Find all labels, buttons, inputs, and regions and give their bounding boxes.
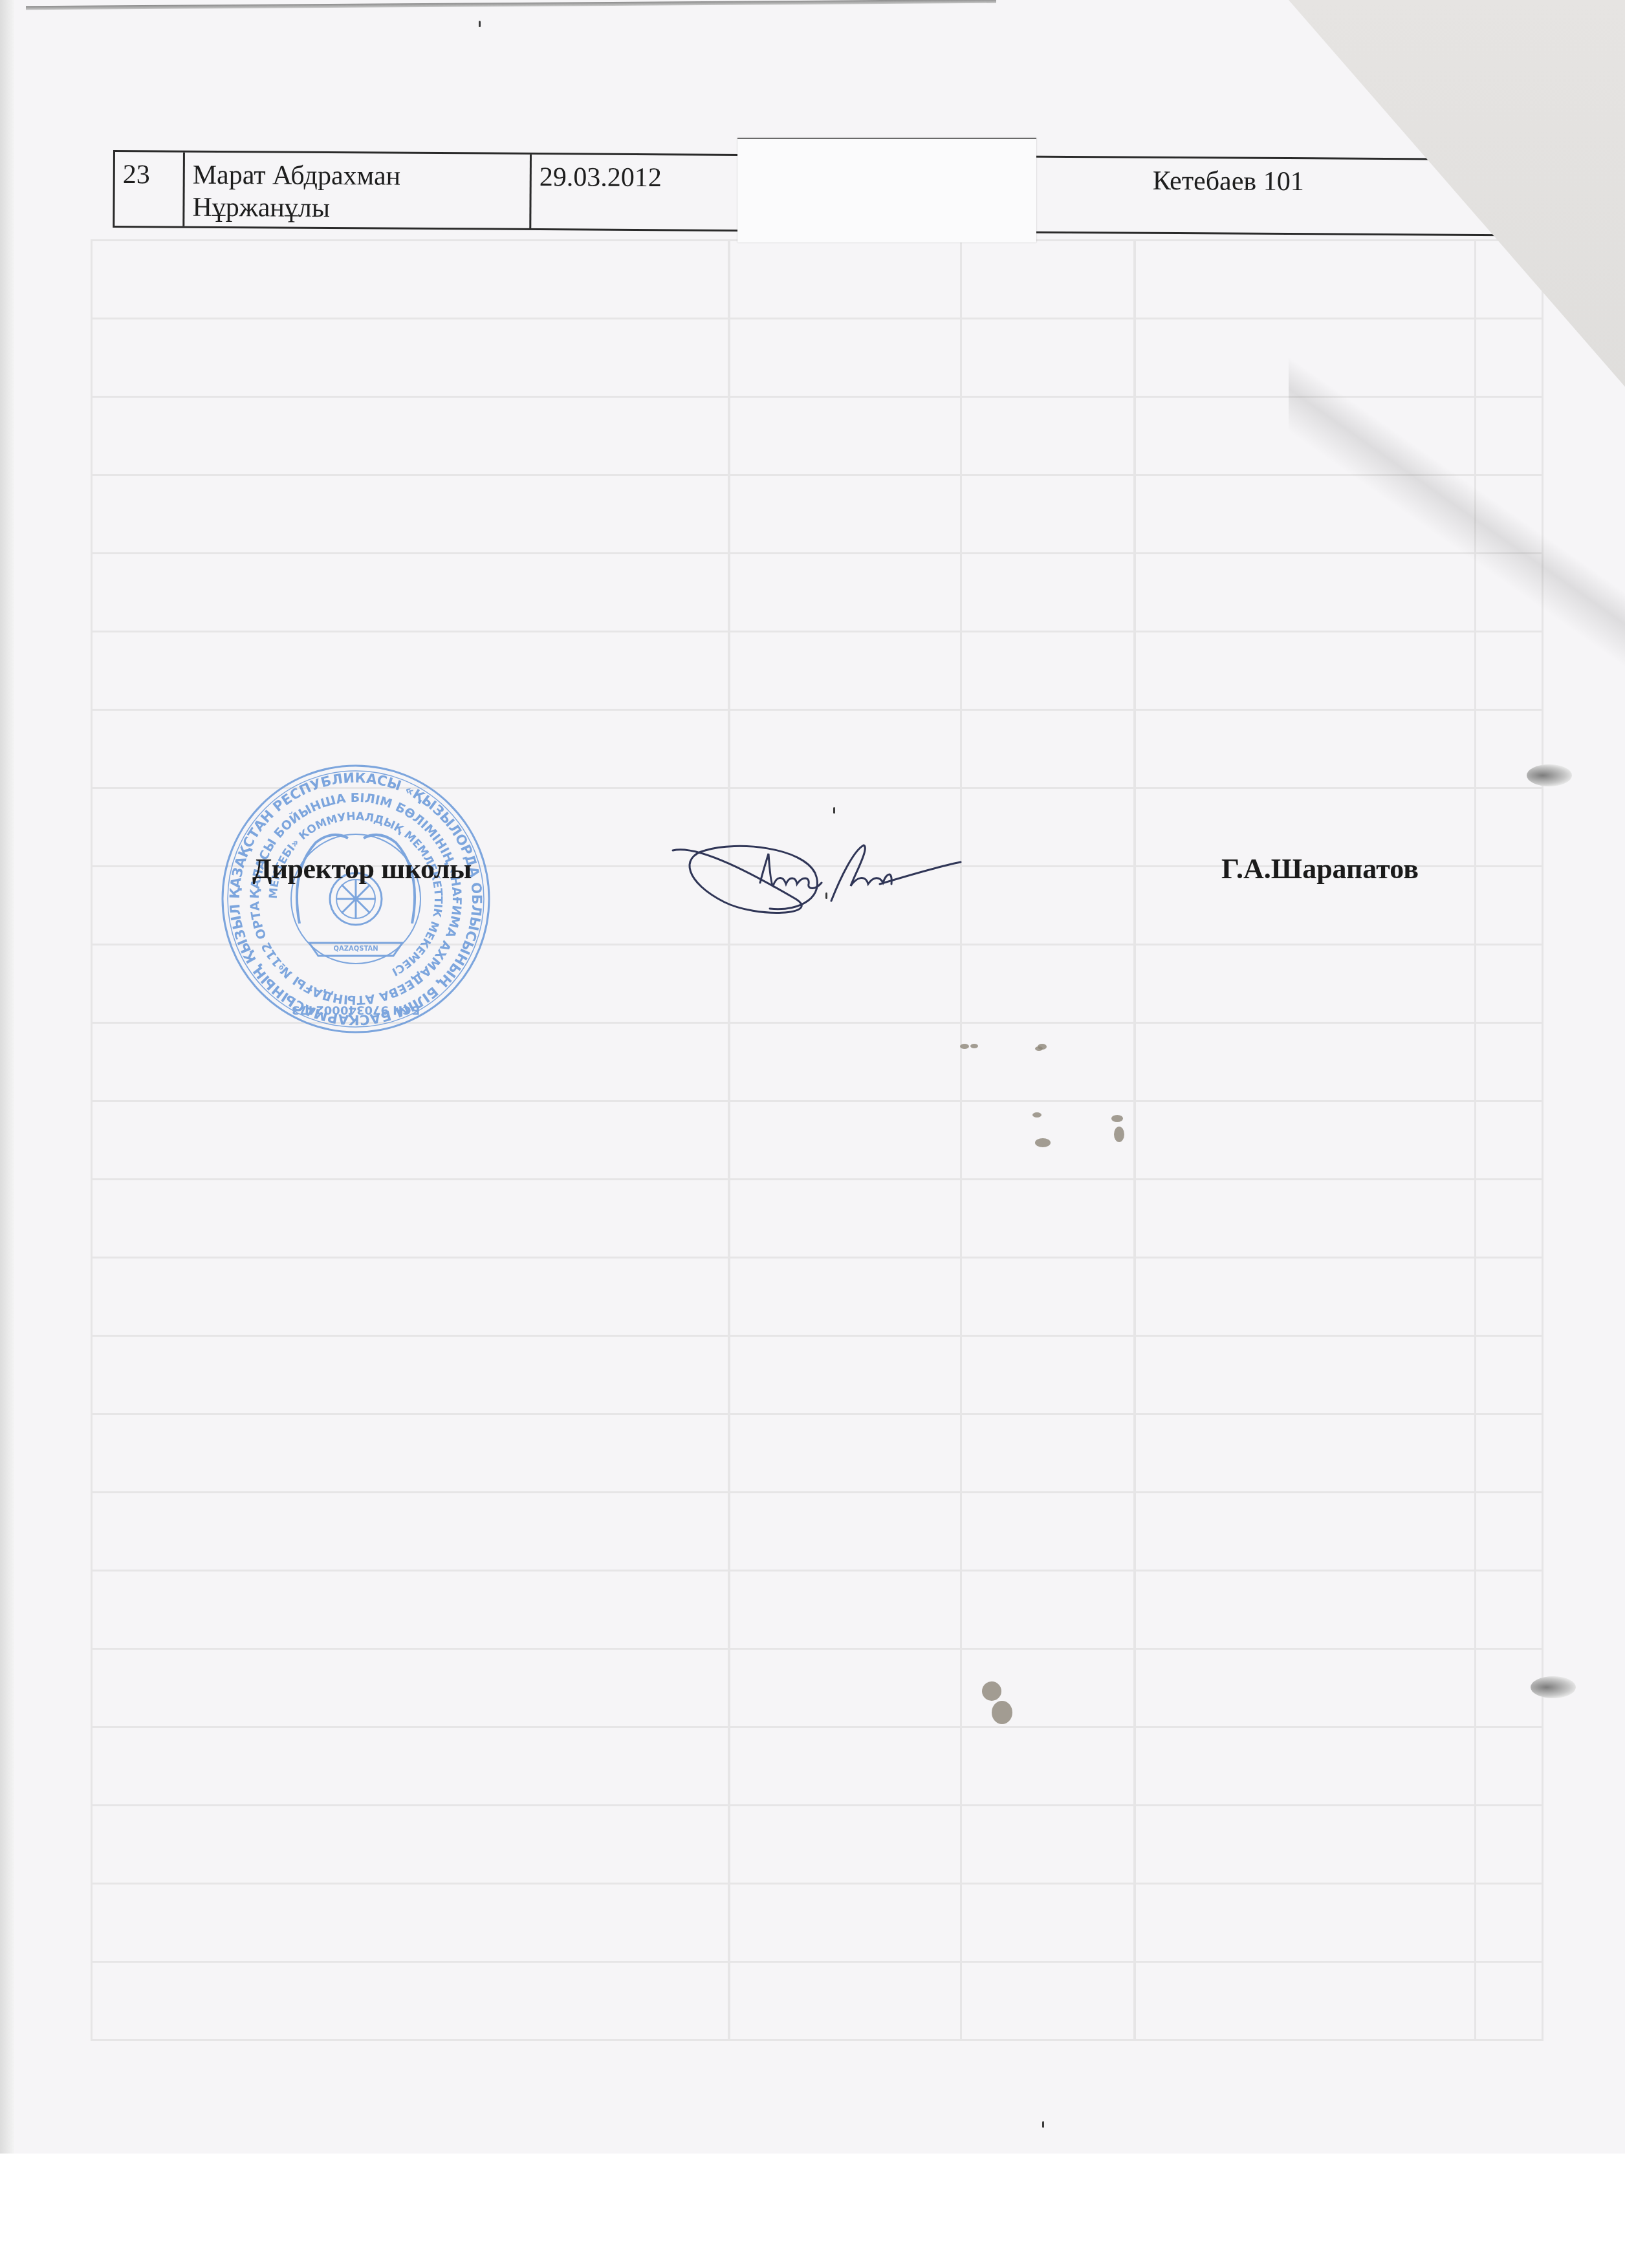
ink-spot: [1114, 1127, 1124, 1142]
dirt-spot: [982, 1681, 1001, 1701]
handwritten-signature: [660, 837, 970, 922]
punch-hole: [1527, 764, 1572, 786]
bleed-through-table: [91, 239, 1543, 2041]
signature-position-label: Директор школы: [252, 852, 472, 885]
director-name: Г.А.Шарапатов: [1221, 852, 1419, 885]
ink-spot: [970, 1044, 978, 1048]
scanned-page: 23 Марат Абдрахман Нұржанұлы 29.03.2012 …: [0, 0, 1625, 2154]
ink-spot: [960, 1044, 969, 1049]
page-edge-shadow: [0, 0, 14, 2154]
punch-hole: [1531, 1676, 1576, 1698]
stamp-emblem-caption: QAZAQSTAN: [333, 945, 378, 953]
ink-spot: [1035, 1138, 1051, 1147]
speck: [479, 21, 481, 27]
dirt-spot: [992, 1701, 1012, 1724]
row-number: 23: [115, 152, 185, 226]
redaction-patch: [737, 138, 1036, 243]
stamp-bin: БСН 970340002473: [292, 1003, 420, 1017]
speck: [833, 807, 835, 814]
student-name-line-1: Марат Абдрахман: [193, 159, 522, 193]
speck: [1042, 2121, 1044, 2128]
ink-spot: [1111, 1115, 1123, 1122]
ink-spot: [1032, 1112, 1042, 1118]
speck: [825, 892, 827, 899]
student-name-line-2: Нұржанұлы: [192, 191, 521, 226]
page-top-edge: [26, 0, 996, 10]
student-full-name: Марат Абдрахман Нұржанұлы: [184, 153, 532, 228]
official-stamp: ҚАЗАҚСТАН РЕСПУБЛИКАСЫ «ҚЫЗЫЛОРДА ОБЛЫСЫ…: [219, 762, 493, 1036]
ink-spot: [1038, 1044, 1047, 1050]
